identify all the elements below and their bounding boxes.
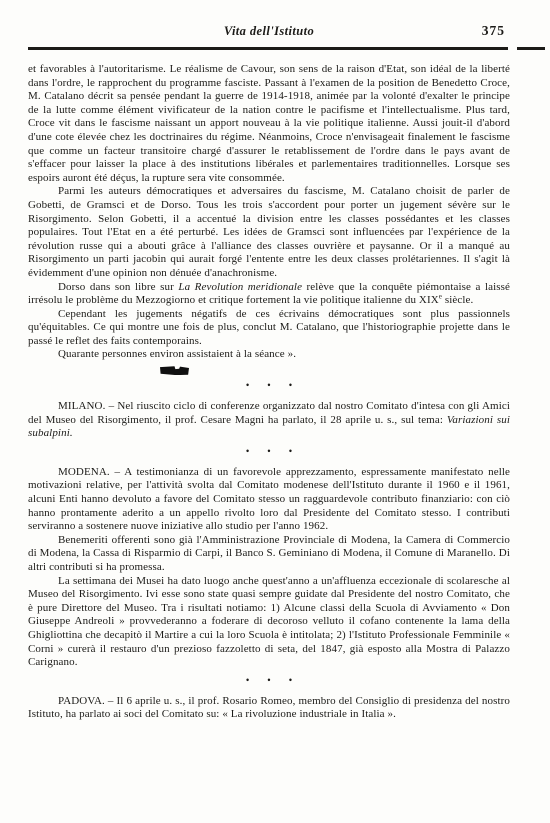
section-separator-1: • • • xyxy=(28,381,510,389)
header-rule xyxy=(28,47,545,50)
scanned-journal-page: Vita dell'Istituto 375 et favorables à l… xyxy=(0,0,550,823)
text-segment: MODENA. – A testimonianza di un favorevo… xyxy=(28,466,510,532)
text-segment: Dorso dans son libre sur xyxy=(58,281,178,293)
text-segment: siècle. xyxy=(442,294,473,306)
paragraph-dorso-revolution-meridionale: Dorso dans son libre sur La Revolution m… xyxy=(28,281,510,308)
text-segment: La settimana dei Musei ha dato luogo anc… xyxy=(28,575,510,669)
running-title: Vita dell'Istituto xyxy=(28,24,510,39)
paragraph-quarante-personnes: Quarante personnes environ assistaient à… xyxy=(28,348,510,362)
paragraph-settimana-musei: La settimana dei Musei ha dato luogo anc… xyxy=(28,575,510,670)
page-number: 375 xyxy=(482,23,505,39)
paragraph-padova: PADOVA. – Il 6 aprile u. s., il prof. Ro… xyxy=(28,695,510,722)
text-segment: Parmi les auteurs démocratiques et adver… xyxy=(28,185,510,279)
section-separator-3: • • • xyxy=(28,676,510,684)
paragraph-jugements-negatifs: Cependant les jugements négatifs de ces … xyxy=(28,308,510,349)
text-segment: Cependant les jugements négatifs de ces … xyxy=(28,308,510,347)
paragraph-benemeriti-offerenti: Benemeriti offerenti sono già l'Amminist… xyxy=(28,534,510,575)
paragraph-milano: MILANO. – Nel riuscito ciclo di conferen… xyxy=(28,400,510,441)
paragraph-cavour-croce: et favorables à l'autoritarisme. Le réal… xyxy=(28,63,510,185)
paragraph-gobetti-gramsci-dorso: Parmi les auteurs démocratiques et adver… xyxy=(28,185,510,280)
text-segment: MILANO. – Nel riuscito ciclo di conferen… xyxy=(28,400,510,426)
ink-blot xyxy=(160,366,189,375)
page-body: et favorables à l'autoritarisme. Le réal… xyxy=(28,63,510,722)
section-separator-2: • • • xyxy=(28,447,510,455)
running-head: Vita dell'Istituto 375 xyxy=(28,24,510,44)
text-segment: Benemeriti offerenti sono già l'Amminist… xyxy=(28,534,510,573)
text-segment: La Revolution meridionale xyxy=(178,281,302,293)
text-segment: et favorables à l'autoritarisme. Le réal… xyxy=(28,63,510,184)
text-segment: Quarante personnes environ assistaient à… xyxy=(58,348,296,360)
paragraph-modena: MODENA. – A testimonianza di un favorevo… xyxy=(28,466,510,534)
text-segment: PADOVA. – Il 6 aprile u. s., il prof. Ro… xyxy=(28,695,510,721)
